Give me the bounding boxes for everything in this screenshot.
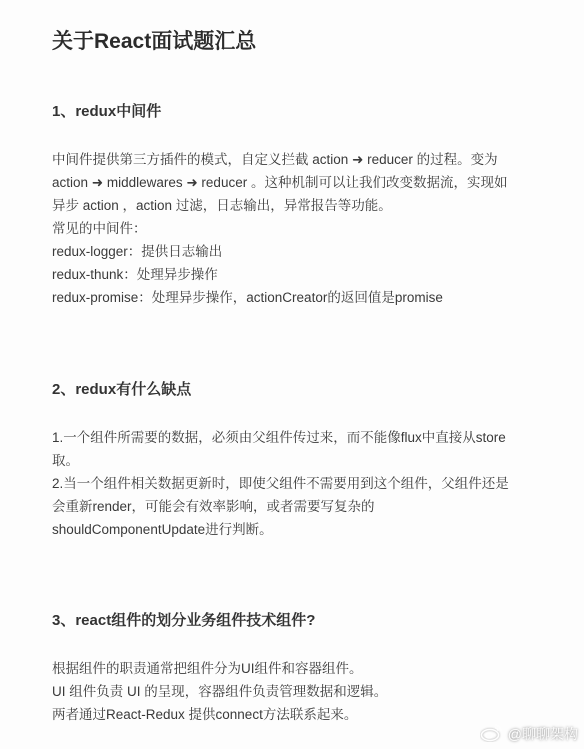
section-heading-component-division: 3、react组件的划分业务组件技术组件? (52, 610, 315, 632)
text-line: 中间件提供第三方插件的模式，自定义拦截 action ➜ reducer 的过程… (52, 148, 532, 171)
page-title: 关于React面试题汇总 (52, 28, 256, 56)
text-line: 2.当一个组件相关数据更新时，即使父组件不需要用到这个组件，父组件还是 (52, 472, 532, 495)
text-line: 会重新render，可能会有效率影响，或者需要写复杂的 (52, 495, 532, 518)
watermark-text: @聊聊架构 (508, 724, 578, 744)
weibo-watermark: @聊聊架构 (480, 722, 578, 745)
text-line: 取。 (52, 449, 532, 472)
text-line: 1.一个组件所需要的数据，必须由父组件传过来，而不能像flux中直接从store (52, 426, 532, 449)
text-line: 根据组件的职责通常把组件分为UI组件和容器组件。 (52, 657, 532, 680)
text-line: 异步 action ，action 过滤，日志输出，异常报告等功能。 (52, 194, 532, 217)
section-body-redux-drawbacks: 1.一个组件所需要的数据，必须由父组件传过来，而不能像flux中直接从store… (52, 426, 532, 541)
section-heading-redux-drawbacks: 2、redux有什么缺点 (52, 379, 191, 401)
weibo-icon (480, 722, 504, 745)
text-line: 常见的中间件： (52, 217, 532, 240)
text-line: shouldComponentUpdate进行判断。 (52, 518, 532, 541)
text-line: UI 组件负责 UI 的呈现，容器组件负责管理数据和逻辑。 (52, 680, 532, 703)
section-body-component-division: 根据组件的职责通常把组件分为UI组件和容器组件。 UI 组件负责 UI 的呈现，… (52, 657, 532, 726)
section-body-redux-middleware: 中间件提供第三方插件的模式，自定义拦截 action ➜ reducer 的过程… (52, 148, 532, 309)
text-line: redux-thunk：处理异步操作 (52, 263, 532, 286)
text-line: redux-logger：提供日志输出 (52, 240, 532, 263)
text-line: redux-promise：处理异步操作，actionCreator的返回值是p… (52, 286, 532, 309)
text-line: action ➜ middlewares ➜ reducer 。这种机制可以让我… (52, 171, 532, 194)
text-line: 两者通过React-Redux 提供connect方法联系起来。 (52, 703, 532, 726)
section-heading-redux-middleware: 1、redux中间件 (52, 101, 161, 123)
